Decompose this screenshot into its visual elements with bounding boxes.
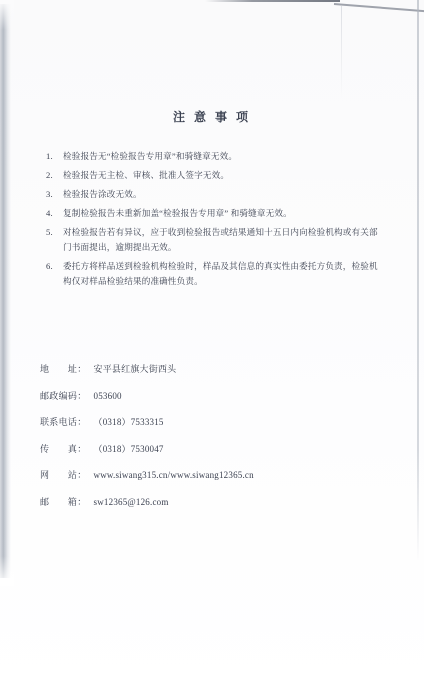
contact-label: 邮 箱： bbox=[40, 495, 87, 508]
note-text: 复制检验报告未重新加盖“检验报告专用章” 和骑缝章无效。 bbox=[63, 206, 386, 221]
scan-edge-left-fade-bottom bbox=[0, 556, 14, 586]
contact-label: 邮政编码： bbox=[40, 389, 87, 402]
contact-value: www.siwang315.cn/www.siwang12365.cn bbox=[94, 470, 254, 480]
contact-value: sw12365@126.com bbox=[94, 497, 169, 507]
note-text: 委托方将样品送到检验机构检验时，样品及其信息的真实性由委托方负责，检验机构仅对样… bbox=[63, 259, 386, 288]
contact-label: 网 站： bbox=[40, 468, 87, 481]
note-item: 1. 检验报告无“检验报告专用章”和骑缝章无效。 bbox=[46, 149, 386, 164]
contact-label: 联系电话： bbox=[40, 415, 87, 428]
contact-value: （0318）7533315 bbox=[94, 415, 164, 428]
contact-row-website: 网 站： www.siwang315.cn/www.siwang12365.cn bbox=[40, 468, 370, 481]
contact-value: （0318）7530047 bbox=[94, 442, 164, 455]
note-number: 1. bbox=[46, 149, 63, 164]
note-text: 检验报告涂改无效。 bbox=[63, 187, 386, 202]
page-title: 注 意 事 项 bbox=[0, 108, 424, 125]
contact-row-fax: 传 真： （0318）7530047 bbox=[40, 442, 370, 455]
note-item: 6. 委托方将样品送到检验机构检验时，样品及其信息的真实性由委托方负责，检验机构… bbox=[46, 259, 386, 288]
note-number: 4. bbox=[46, 206, 63, 221]
note-text: 检验报告无主检、审核、批准人签字无效。 bbox=[63, 168, 386, 183]
note-item: 3. 检验报告涂改无效。 bbox=[46, 187, 386, 202]
scan-edge-right bbox=[417, 0, 419, 562]
note-number: 3. bbox=[46, 187, 63, 202]
contact-row-address: 地 址： 安平县红旗大街西头 bbox=[40, 362, 370, 375]
contact-row-postcode: 邮政编码： 053600 bbox=[40, 389, 370, 402]
note-text: 对检验报告若有异议，应于收到检验报告或结果通知十五日内向检验机构或有关部门书面提… bbox=[63, 225, 386, 254]
notes-list: 1. 检验报告无“检验报告专用章”和骑缝章无效。 2. 检验报告无主检、审核、批… bbox=[46, 149, 386, 293]
note-number: 5. bbox=[46, 225, 63, 254]
note-number: 2. bbox=[46, 168, 63, 183]
contact-value: 053600 bbox=[94, 391, 122, 401]
scan-edge-top bbox=[205, 0, 340, 2]
contact-value: 安平县红旗大街西头 bbox=[94, 362, 177, 375]
note-item: 5. 对检验报告若有异议，应于收到检验报告或结果通知十五日内向检验机构或有关部门… bbox=[46, 225, 386, 254]
scan-edge-left-fade-top bbox=[0, 0, 14, 30]
note-item: 2. 检验报告无主检、审核、批准人签字无效。 bbox=[46, 168, 386, 183]
note-item: 4. 复制检验报告未重新加盖“检验报告专用章” 和骑缝章无效。 bbox=[46, 206, 386, 221]
scan-edge-top-corner bbox=[334, 3, 424, 12]
contact-info-block: 地 址： 安平县红旗大街西头 邮政编码： 053600 联系电话： （0318）… bbox=[40, 362, 370, 521]
contact-row-email: 邮 箱： sw12365@126.com bbox=[40, 495, 370, 508]
paper-crease bbox=[341, 6, 342, 98]
contact-label: 传 真： bbox=[40, 442, 87, 455]
contact-row-phone: 联系电话： （0318）7533315 bbox=[40, 415, 370, 428]
note-number: 6. bbox=[46, 259, 63, 288]
scanned-document-page: 注 意 事 项 1. 检验报告无“检验报告专用章”和骑缝章无效。 2. 检验报告… bbox=[0, 0, 424, 700]
contact-label: 地 址： bbox=[40, 362, 87, 375]
note-text: 检验报告无“检验报告专用章”和骑缝章无效。 bbox=[63, 149, 386, 164]
scan-edge-left bbox=[0, 4, 11, 578]
